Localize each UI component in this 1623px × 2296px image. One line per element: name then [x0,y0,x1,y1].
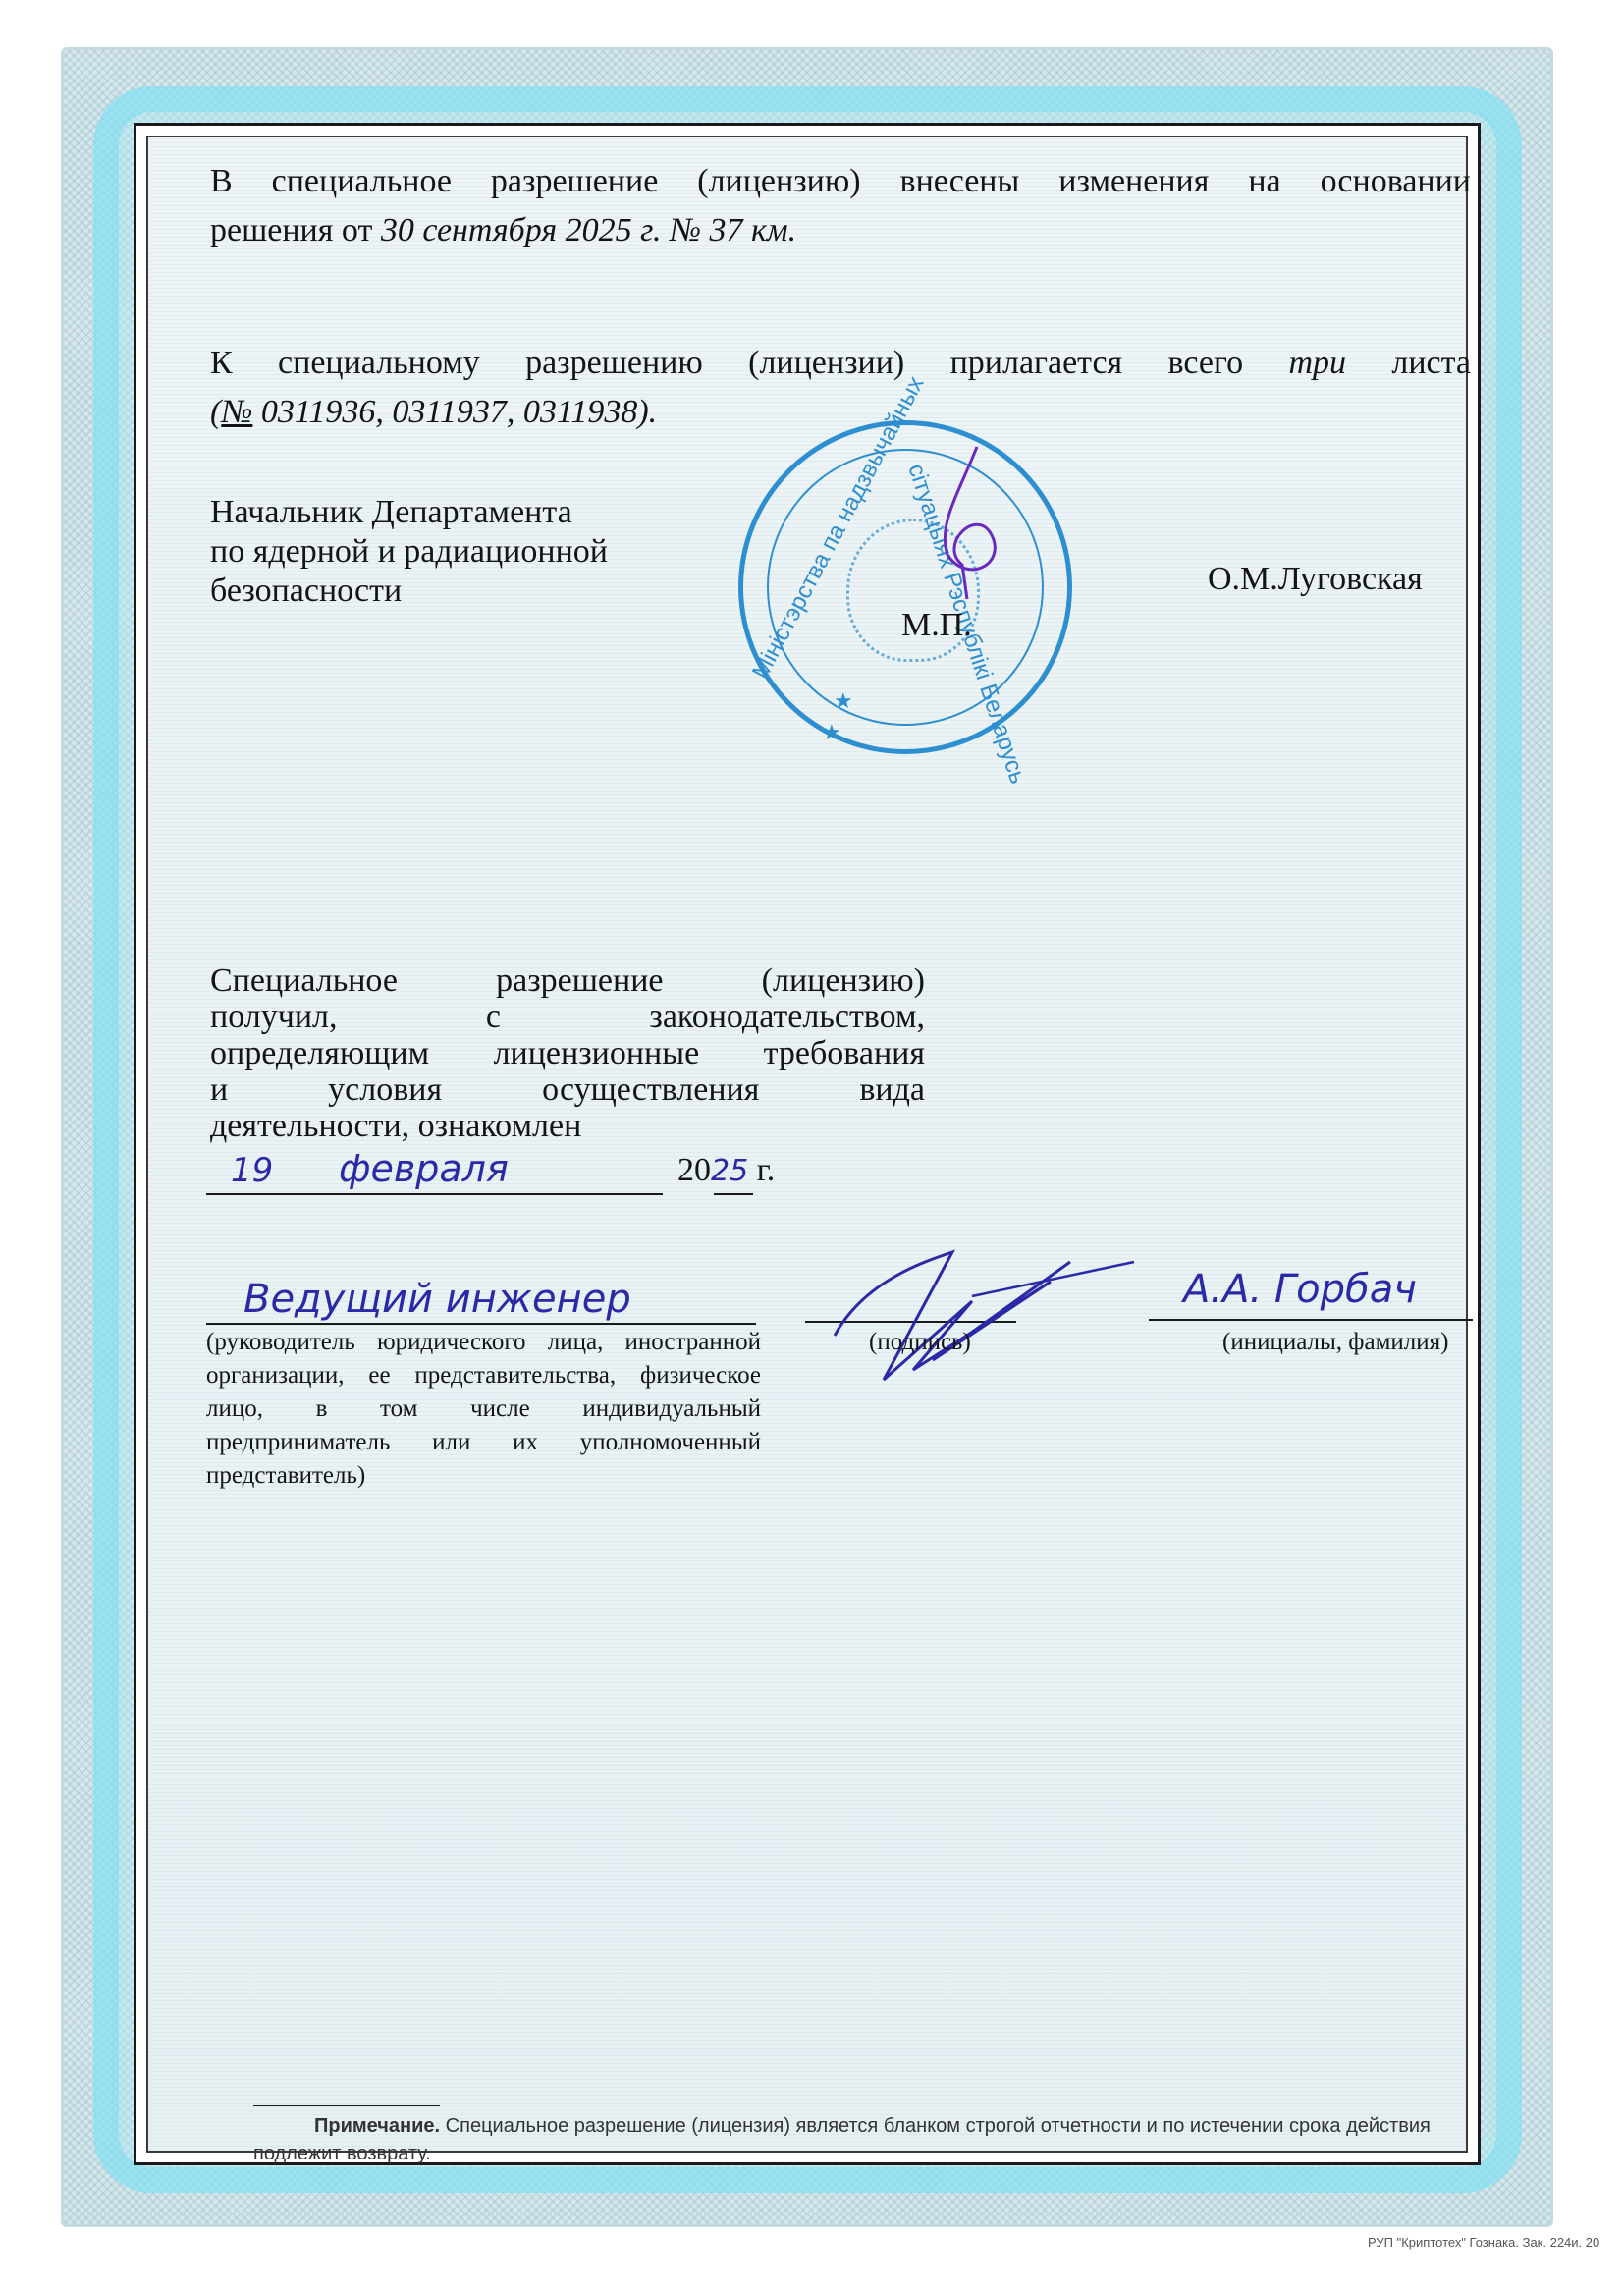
attachment-line-1: К специальному разрешению (лицензии) при… [210,339,1471,388]
position-field[interactable]: Ведущий инженер [243,1277,631,1322]
attachment-sheet-numbers: (№ 0311936, 0311937, 0311938). [210,388,1471,437]
seal-mark: М.П. [901,601,972,650]
footnote-line-2: подлежит возврату. [253,2139,431,2168]
star-icon: ★ [822,720,841,745]
signatory-name: О.М.Луговская [1208,555,1423,604]
sheet-count: три [1288,345,1346,381]
printer-imprint: РУП "Криптотех" Гознака. Зак. 224и. 20 [1368,2235,1599,2250]
date-day-field[interactable]: 19 [231,1151,273,1190]
position-line [206,1323,756,1325]
date-year-field[interactable]: 25 [711,1154,748,1188]
date-month-field[interactable]: февраля [339,1147,509,1190]
date-day-line [206,1193,302,1195]
security-background [146,136,1468,2153]
footnote-separator [253,2105,440,2106]
date-year-line [714,1193,753,1195]
date-year: 2025 г. [677,1146,775,1196]
star-icon: ★ [834,688,853,714]
amendment-line-1: В специальное разрешение (лицензию) внес… [210,157,1471,206]
holder-signature[interactable] [825,1242,1139,1390]
initials-surname-field[interactable]: А.А. Горбач [1183,1267,1417,1312]
position-caption: (руководитель юридического лица, иностра… [206,1326,761,1493]
signature-caption: (подпись) [869,1326,971,1359]
decision-reference: 30 сентября 2025 г. № 37 км. [381,212,796,248]
date-month-line [298,1193,663,1195]
official-signature [918,437,1026,614]
initials-surname-line [1149,1319,1473,1321]
signatory-title: Начальник Департамента по ядерной и ради… [210,493,608,611]
footnote-line-1: Примечание. Специальное разрешение (лице… [314,2111,1431,2141]
initials-surname-caption: (инициалы, фамилия) [1222,1326,1448,1359]
amendment-line-2: решения от 30 сентября 2025 г. № 37 км. [210,206,1471,255]
receipt-acknowledgement: Специальное разрешение (лицензию) получи… [210,962,925,1144]
